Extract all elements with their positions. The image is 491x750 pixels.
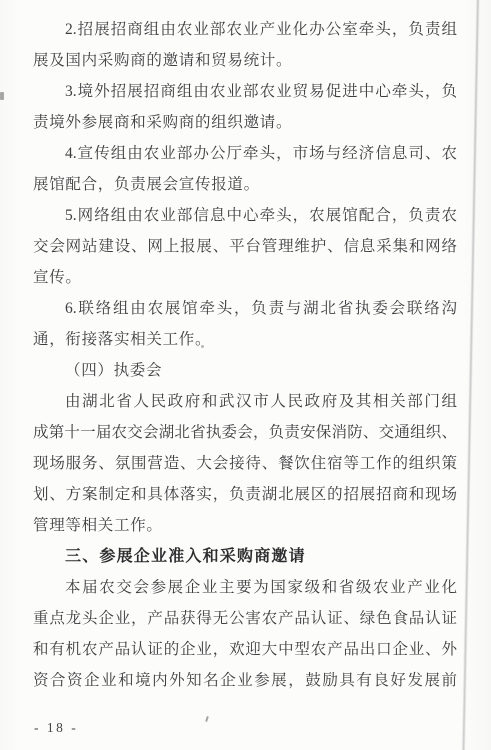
scan-speck (205, 716, 209, 722)
scan-edge-line (462, 0, 478, 750)
scan-speck (0, 92, 4, 100)
text-line: 责境外参展商和采购商的组织邀请。 (33, 107, 457, 138)
text-line: 宣传。 (33, 262, 457, 293)
text-line: 现场服务、氛围营造、大会接待、餐饮住宿等工作的组织策 (33, 448, 457, 479)
text-line: 和有机农产品认证的企业，欢迎大中型农产品出口企业、外 (33, 634, 457, 665)
text-line: 管理等相关工作。 (33, 510, 457, 541)
text-line: 成第十一届农交会湖北省执委会，负责安保消防、交通组织、 (33, 417, 457, 448)
subsection-heading: （四）执委会 (33, 355, 457, 386)
text-line: 展馆配合，负责展会宣传报道。 (33, 169, 457, 200)
page-number: - 18 - (34, 720, 78, 736)
text-line: 展及国内采购商的邀请和贸易统计。 (33, 45, 457, 76)
text-line: 重点龙头企业，产品获得无公害农产品认证、绿色食品认证 (33, 603, 457, 634)
text-line: 资合资企业和境内外知名企业参展，鼓励具有良好发展前 (33, 665, 457, 696)
text-line: 划、方案制定和具体落实，负责湖北展区的招展招商和现场 (33, 479, 457, 510)
text-line: 5.网络组由农业部信息中心牵头，农展馆配合，负责农 (33, 200, 457, 231)
text-line: 3.境外招展招商组由农业部农业贸易促进中心牵头，负 (33, 76, 457, 107)
text-line: 本届农交会参展企业主要为国家级和省级农业产业化 (33, 572, 457, 603)
text-line: 交会网站建设、网上报展、平台管理维护、信息采集和网络 (33, 231, 457, 262)
text-line: 由湖北省人民政府和武汉市人民政府及其相关部门组 (33, 386, 457, 417)
text-line: 6.联络组由农展馆牵头，负责与湖北省执委会联络沟 (33, 293, 457, 324)
section-heading: 三、参展企业准入和采购商邀请 (33, 541, 457, 572)
text-line: 2.招展招商组由农业部农业产业化办公室牵头，负责组 (33, 14, 457, 45)
document-page: 2.招展招商组由农业部农业产业化办公室牵头，负责组 展及国内采购商的邀请和贸易统… (0, 0, 491, 750)
text-line: 4.宣传组由农业部办公厅牵头，市场与经济信息司、农 (33, 138, 457, 169)
text-line: 通，衔接落实相关工作。 (33, 324, 457, 355)
document-text-block: 2.招展招商组由农业部农业产业化办公室牵头，负责组 展及国内采购商的邀请和贸易统… (33, 0, 457, 696)
scan-speck (201, 345, 204, 348)
